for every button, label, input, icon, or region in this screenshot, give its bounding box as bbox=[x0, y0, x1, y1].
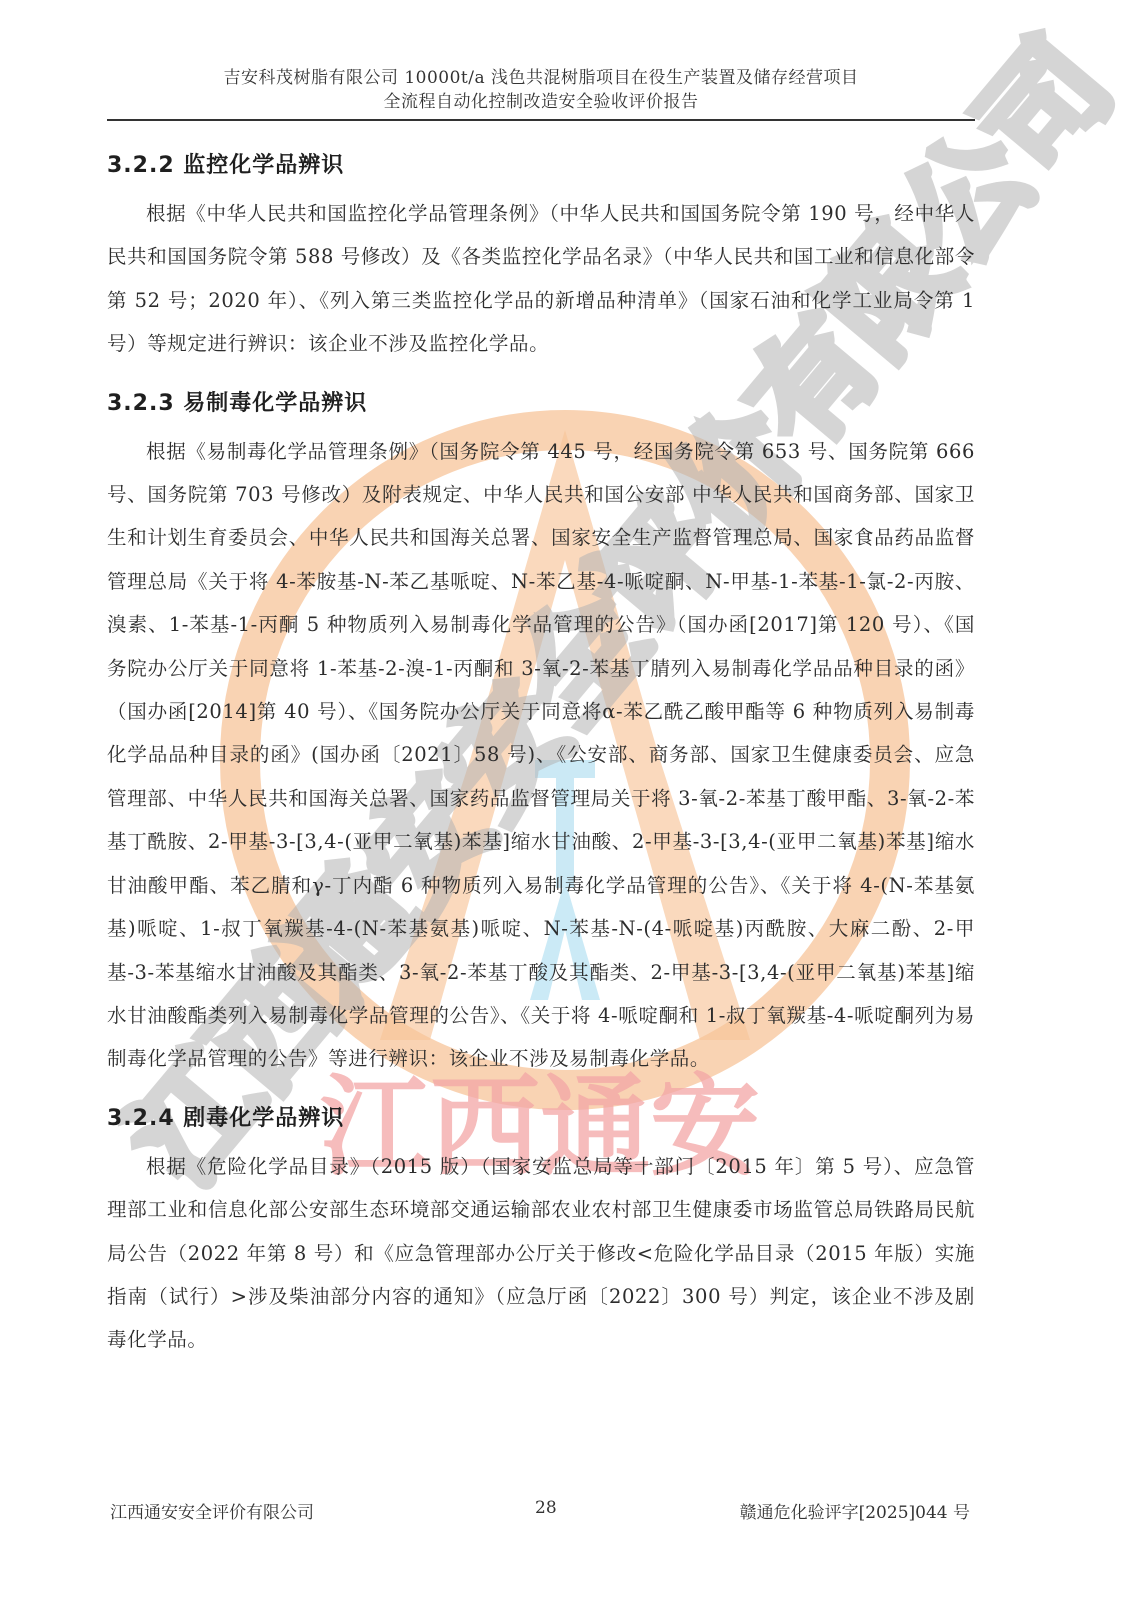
section-heading: 3.2.2 监控化学品辨识 bbox=[107, 140, 975, 192]
footer-company: 江西通安安全评价有限公司 bbox=[110, 1498, 314, 1523]
document-number: 赣通危化验评字[2025]044 号 bbox=[740, 1498, 970, 1523]
header-divider bbox=[107, 119, 975, 121]
page-number: 28 bbox=[535, 1498, 557, 1518]
document-page: 吉安科茂树脂有限公司 10000t/a 浅色共混树脂项目在役生产装置及储存经营项… bbox=[0, 0, 1129, 1600]
section-paragraph: 根据《中华人民共和国监控化学品管理条例》（中华人民共和国国务院令第 190 号，… bbox=[107, 192, 975, 366]
section-3-2-4: 3.2.4 剧毒化学品辨识 根据《危险化学品目录》（2015 版）（国家安监总局… bbox=[107, 1093, 975, 1362]
section-heading: 3.2.3 易制毒化学品辨识 bbox=[107, 378, 975, 430]
header-line-1: 吉安科茂树脂有限公司 10000t/a 浅色共混树脂项目在役生产装置及储存经营项… bbox=[107, 66, 975, 90]
running-header: 吉安科茂树脂有限公司 10000t/a 浅色共混树脂项目在役生产装置及储存经营项… bbox=[107, 66, 975, 114]
header-line-2: 全流程自动化控制改造安全验收评价报告 bbox=[107, 90, 975, 114]
section-paragraph: 根据《危险化学品目录》（2015 版）（国家安监总局等十部门〔2015 年〕第 … bbox=[107, 1145, 975, 1362]
section-paragraph: 根据《易制毒化学品管理条例》（国务院令第 445 号，经国务院令第 653 号、… bbox=[107, 430, 975, 1081]
section-heading: 3.2.4 剧毒化学品辨识 bbox=[107, 1093, 975, 1145]
document-body: 3.2.2 监控化学品辨识 根据《中华人民共和国监控化学品管理条例》（中华人民共… bbox=[107, 140, 975, 1362]
section-3-2-2: 3.2.2 监控化学品辨识 根据《中华人民共和国监控化学品管理条例》（中华人民共… bbox=[107, 140, 975, 366]
section-3-2-3: 3.2.3 易制毒化学品辨识 根据《易制毒化学品管理条例》（国务院令第 445 … bbox=[107, 378, 975, 1081]
